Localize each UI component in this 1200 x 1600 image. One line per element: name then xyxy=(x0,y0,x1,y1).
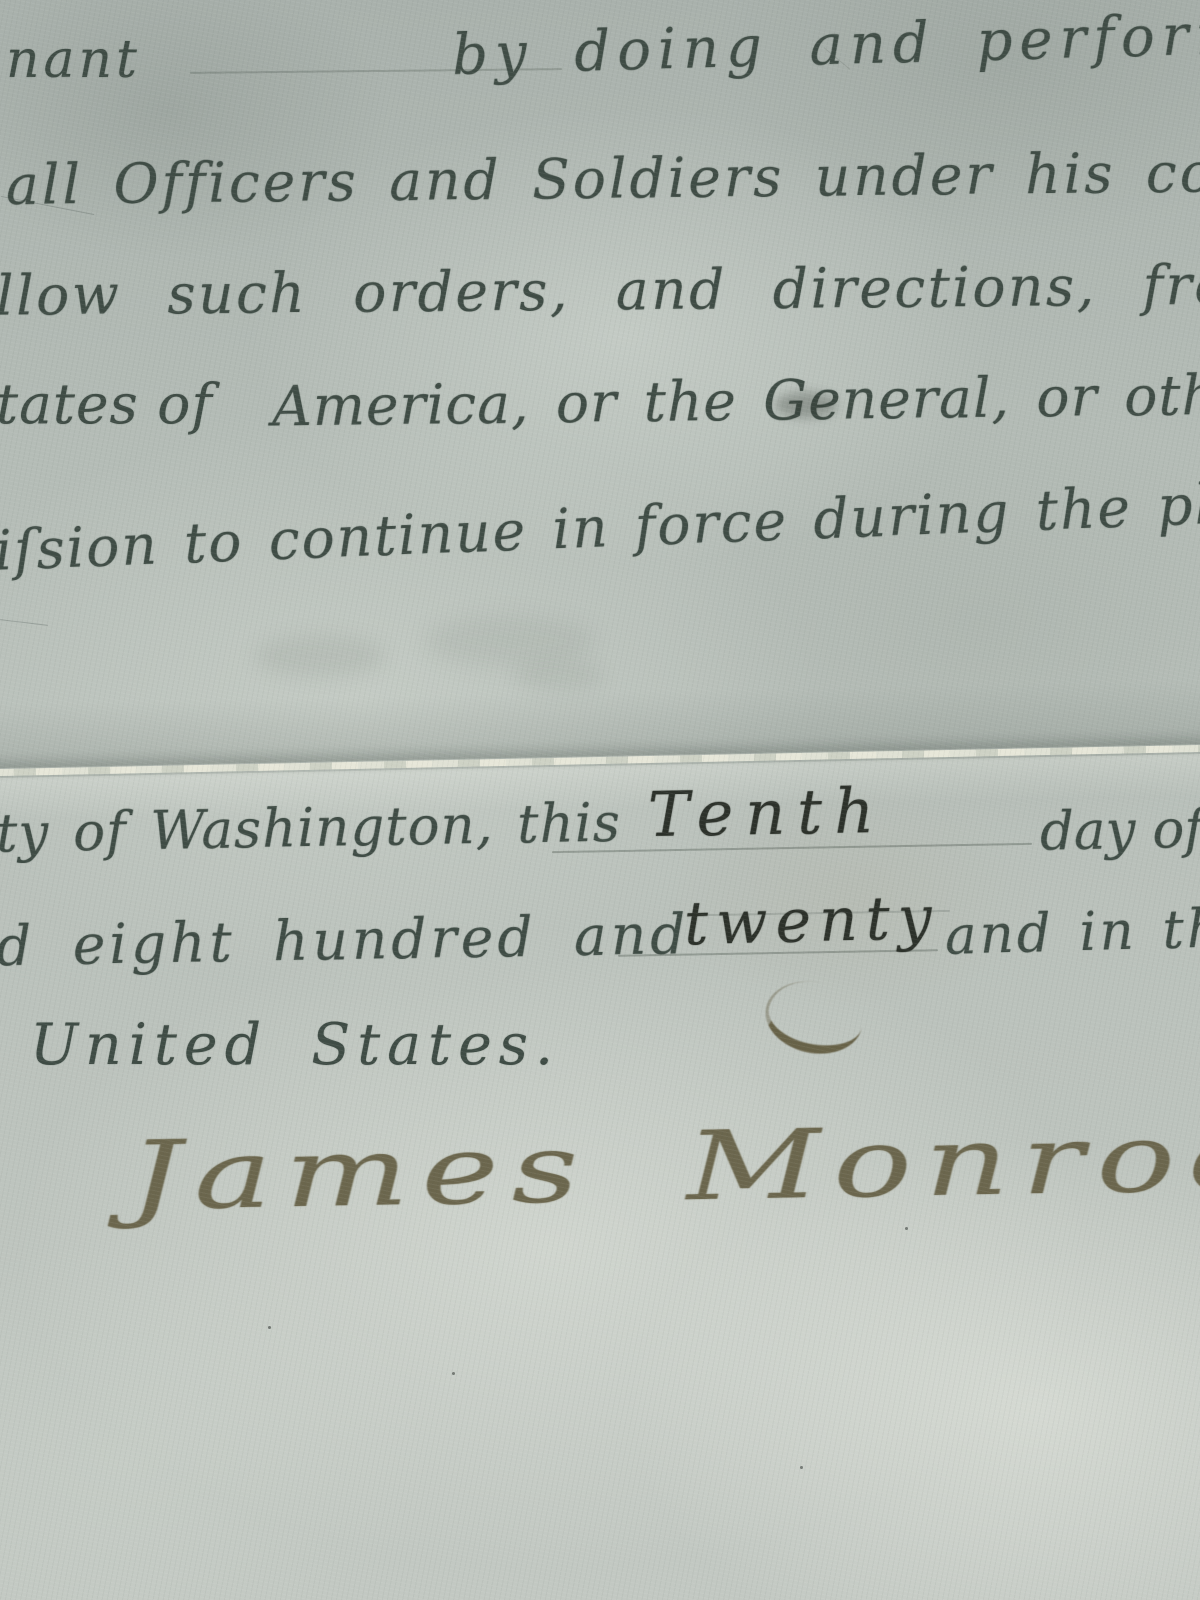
line-states-of: tates of xyxy=(0,372,213,436)
line-city-of-washington: ty of Washington, this xyxy=(0,793,621,865)
faint-smudge xyxy=(515,660,605,692)
faint-smudge xyxy=(425,615,595,667)
line-officers-soldiers: all Officers and Soldiers under his comm xyxy=(6,139,1200,217)
line-commission-pleasure: iſsion to continue in force during the p… xyxy=(0,469,1200,582)
inserted-year-twenty: twenty xyxy=(683,883,940,960)
line-rank-fragment: nant xyxy=(6,30,141,90)
line-doing-performing: by doing and performi xyxy=(451,1,1200,88)
president-signature: James Monroe xyxy=(128,1102,1200,1232)
commission-document-photo: nant by doing and performi all Officers … xyxy=(0,0,1200,1600)
paper-speck xyxy=(800,1466,803,1469)
faint-smudge xyxy=(255,635,385,677)
paper-speck xyxy=(268,1326,271,1329)
ink-flourish-descender xyxy=(759,973,870,1063)
paper-speck xyxy=(905,1227,908,1230)
line-america-general: America, or the General, or other s xyxy=(272,362,1200,439)
line-united-states: United States. xyxy=(30,1012,560,1078)
line-and-in-the: and in th xyxy=(944,898,1200,966)
line-orders-directions: llow such orders, and directions, from xyxy=(0,252,1200,327)
paper-speck xyxy=(452,1372,455,1375)
line-day-of: day of xyxy=(1039,799,1200,863)
paper-scratch xyxy=(0,619,48,626)
inserted-day-tenth: Tenth xyxy=(647,774,886,851)
line-eight-hundred: d eight hundred and xyxy=(0,902,690,978)
